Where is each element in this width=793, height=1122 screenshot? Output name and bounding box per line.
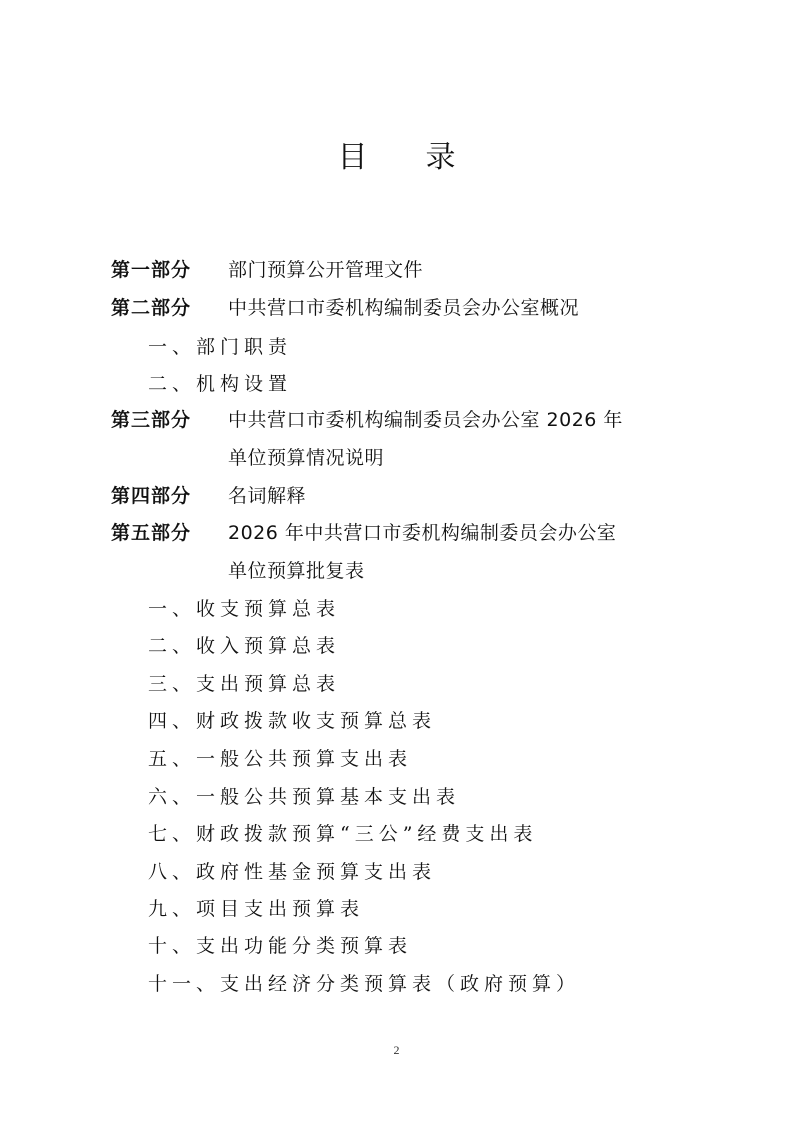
toc-item-label: 一、收支预算总表 bbox=[148, 597, 340, 621]
part-title: 名词解释 bbox=[228, 484, 306, 508]
toc-item-label: 九、项目支出预算表 bbox=[148, 897, 364, 921]
part-label: 第四部分 bbox=[111, 484, 191, 508]
toc-item-label: 五、一般公共预算支出表 bbox=[148, 747, 412, 771]
toc-item-label: 四、财政拨款收支预算总表 bbox=[148, 709, 436, 733]
toc-item-label: 七、财政拨款预算“三公”经费支出表 bbox=[148, 822, 537, 846]
part-title-cont: 单位预算批复表 bbox=[228, 559, 365, 583]
toc-item-label: 二、机构设置 bbox=[148, 372, 292, 396]
part-title: 部门预算公开管理文件 bbox=[228, 258, 423, 282]
toc-item-label: 八、政府性基金预算支出表 bbox=[148, 860, 436, 884]
toc-item-label: 三、支出预算总表 bbox=[148, 672, 340, 696]
toc-item-label: 二、收入预算总表 bbox=[148, 634, 340, 658]
title-char-2: 录 bbox=[426, 132, 456, 176]
toc-item-label: 十一、支出经济分类预算表（政府预算） bbox=[148, 972, 580, 996]
toc-item-label: 一、部门职责 bbox=[148, 335, 292, 359]
page-number: 2 bbox=[0, 1043, 793, 1058]
part-title-cont: 单位预算情况说明 bbox=[228, 446, 384, 470]
part-title: 中共营口市委机构编制委员会办公室 2026 年 bbox=[228, 408, 623, 432]
toc-item-label: 十、支出功能分类预算表 bbox=[148, 934, 412, 958]
part-label: 第一部分 bbox=[111, 258, 191, 282]
part-label: 第三部分 bbox=[111, 408, 191, 432]
part-label: 第五部分 bbox=[111, 521, 191, 545]
part-title: 中共营口市委机构编制委员会办公室概况 bbox=[228, 296, 579, 320]
part-label: 第二部分 bbox=[111, 296, 191, 320]
page-title: 目录 bbox=[0, 132, 793, 176]
part-title: 2026 年中共营口市委机构编制委员会办公室 bbox=[228, 521, 616, 545]
toc-item-label: 六、一般公共预算基本支出表 bbox=[148, 785, 460, 809]
title-char-1: 目 bbox=[338, 132, 368, 176]
